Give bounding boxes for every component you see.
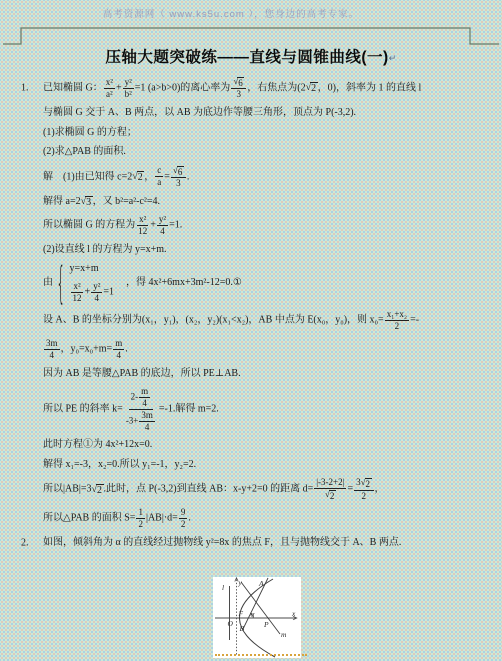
document-body: 压轴大题突破练——直线与圆锥曲线(一)↵ 1.已知椭圆 G：x²a²+y²b²=…: [0, 42, 502, 550]
parabola-diagram: y x l m O F α A B P: [213, 577, 301, 658]
math-line: 所以椭圆 G 的方程为x²12+y²4=1.: [43, 214, 500, 237]
fraction: 92: [179, 507, 188, 530]
math-line: 所以△PAB 的面积 S=12|AB|·d=92.: [43, 507, 500, 530]
focus-label: F: [238, 609, 244, 618]
fraction: |-3-2+2|√2: [314, 477, 346, 501]
return-mark-icon: ↵: [389, 53, 397, 63]
math-line: 由{y=x+mx²12+y²4=1 ，得 4x²+6mx+3m²-12=0.①: [43, 262, 500, 303]
math-line: 因为 AB 是等腰△PAB 的底边，所以 PE⊥AB.: [43, 367, 500, 381]
page-title: 压轴大题突破练——直线与圆锥曲线(一)↵: [0, 45, 502, 67]
fraction: √63: [171, 165, 186, 189]
math-line: 解得 x₁=-3，x₂=0.所以 y₁=-1，y₂=2.: [43, 458, 500, 472]
math-line: 所以 PE 的斜率 k=2-m4-3+3m4=-1.解得 m=2.: [43, 386, 500, 432]
fraction: 12: [136, 507, 145, 530]
math-line: 与椭圆 G 交于 A、B 两点，以 AB 为底边作等腰三角形，顶点为 P(-3,…: [43, 106, 500, 120]
fraction: 3m4: [44, 338, 60, 361]
fraction: m4: [113, 338, 124, 361]
fraction: y²b²: [123, 77, 134, 100]
item-number: 2.: [21, 536, 29, 550]
fraction: y²4: [157, 214, 168, 237]
radical: √2: [325, 490, 336, 501]
radical: √6: [233, 77, 244, 88]
fraction: x₁+x₂2: [385, 309, 409, 332]
math-line: 此时方程①为 4x²+12x=0.: [43, 438, 500, 452]
radical: √2: [132, 171, 144, 184]
origin-label: O: [228, 619, 234, 628]
brace-icon: {: [56, 254, 65, 313]
page-break-dots: [215, 654, 307, 656]
math-line: 所以|AB|=3√2.此时，点 P(-3,2)到直线 AB：x-y+2=0 的距…: [43, 477, 500, 501]
radical: √2: [361, 478, 372, 489]
lines-container: 1.已知椭圆 G：x²a²+y²b²=1 (a>b>0)的离心率为√63，右焦点…: [43, 76, 500, 550]
math-line: (2)求△PAB 的面积.: [43, 145, 500, 159]
page: { "page": { "watermark": "高考资源网（ www.ks5…: [0, 0, 502, 661]
equation-system: {y=x+mx²12+y²4=1: [55, 262, 114, 303]
math-line: 1.已知椭圆 G：x²a²+y²b²=1 (a>b>0)的离心率为√63，右焦点…: [43, 76, 500, 100]
fraction: x²a²: [104, 77, 115, 100]
fraction: √63: [231, 76, 246, 100]
math-line: (1)求椭圆 G 的方程；: [43, 126, 500, 140]
radical: √3: [81, 196, 93, 209]
y-axis-label: y: [238, 578, 243, 587]
fraction: ca: [155, 165, 163, 188]
line-m-label: m: [281, 630, 287, 639]
fraction: m4: [139, 386, 150, 409]
item-number: 1.: [21, 81, 29, 95]
fraction: x²12: [71, 281, 84, 304]
fraction: 2-m4-3+3m4: [124, 386, 158, 432]
fraction: 3m4: [139, 410, 155, 433]
point-P-label: P: [263, 620, 269, 629]
page-title-text: 压轴大题突破练——直线与圆锥曲线(一): [105, 49, 388, 66]
point-A-label: A: [258, 579, 264, 588]
line-l-label: l: [222, 583, 224, 592]
math-line: 解 (1)由已知得 c=2√2，ca=√63.: [43, 165, 500, 189]
math-line: 解得 a=2√3，又 b²=a²-c²=4.: [43, 195, 500, 209]
math-line: (2)设直线 l 的方程为 y=x+m.: [43, 243, 500, 257]
radical: √2: [306, 82, 318, 95]
point-B-label: B: [240, 624, 245, 633]
fraction: y²4: [91, 281, 102, 304]
radical: √2: [92, 484, 104, 497]
math-line: 2.如图，倾斜角为 α 的直线经过抛物线 y²=8x 的焦点 F，且与抛物线交于…: [43, 536, 500, 550]
fraction: 3√22: [354, 477, 373, 501]
math-line: 设 A、B 的坐标分别为(x₁，y₁)，(x₂，y₂)(x₁<x₂)，AB 中点…: [43, 309, 500, 332]
math-line: 3m4，y₀=x₀+m=m4.: [43, 338, 500, 361]
problem2-figure: y x l m O F α A B P: [213, 577, 301, 658]
x-axis-label: x: [291, 609, 296, 618]
fraction: x²12: [136, 214, 149, 237]
radical: √6: [173, 166, 184, 177]
